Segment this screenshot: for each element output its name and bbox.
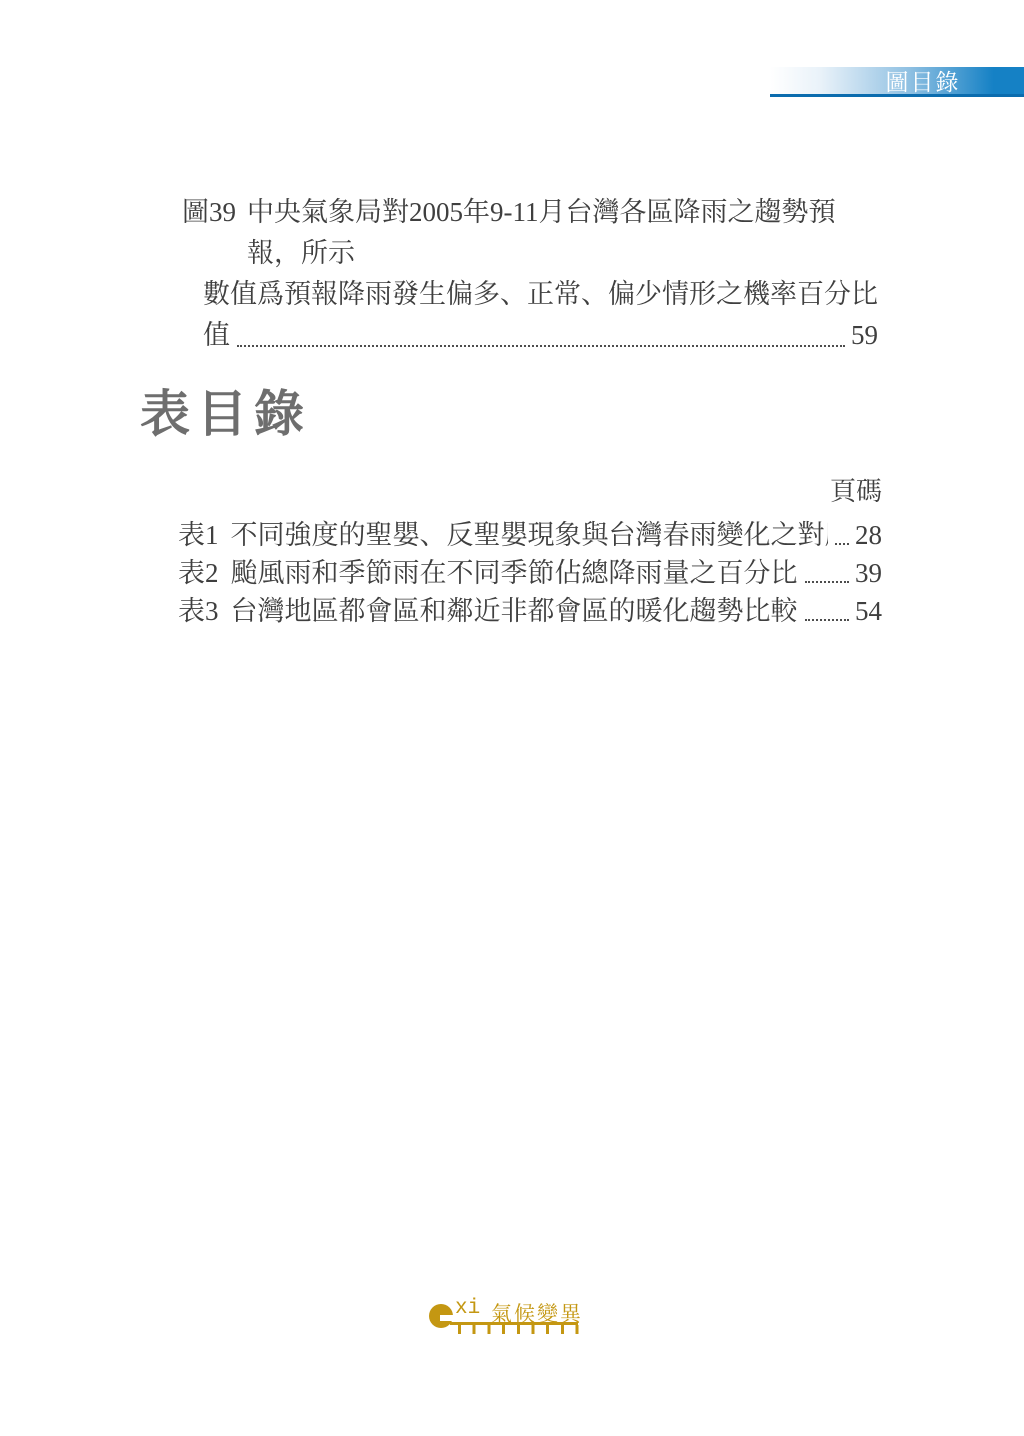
table-entry-page-number: 54 [855, 592, 882, 630]
table-entry-text: 不同強度的聖嬰、反聖嬰現象與台灣春雨變化之對應關係 [231, 516, 829, 554]
page-footer: xi 氣候變異 [429, 1300, 589, 1340]
figure-entry-text-line2: 數值爲預報降雨發生偏多、正常、偏少情形之機率百分比 [203, 274, 878, 315]
table-entry-text: 台灣地區都會區和鄰近非都會區的暖化趨勢比較 [231, 592, 798, 630]
chapter-banner: 圖目錄 [770, 67, 1024, 97]
table-entry-text: 颱風雨和季節雨在不同季節佔總降雨量之百分比 [231, 554, 798, 592]
document-page: 圖目錄 圖39 中央氣象局對2005年9-11月台灣各區降雨之趨勢預報，所示 數… [0, 0, 1024, 1436]
table-toc-list: 頁碼 表1 不同強度的聖嬰、反聖嬰現象與台灣春雨變化之對應關係 28 表2 颱風… [178, 478, 882, 630]
table-entry-page-number: 39 [855, 554, 882, 592]
figure-toc-entry: 圖39 中央氣象局對2005年9-11月台灣各區降雨之趨勢預報，所示 數值爲預報… [182, 192, 878, 356]
table-toc-row: 表3 台灣地區都會區和鄰近非都會區的暖化趨勢比較 54 [178, 592, 882, 630]
chapter-banner-label: 圖目錄 [886, 64, 961, 97]
dotted-leader [237, 345, 845, 347]
table-entry-label: 表3 [178, 592, 219, 630]
figure-entry-text-line3: 值 [203, 315, 230, 356]
section-title: 表目錄 [140, 383, 311, 446]
logo-notch [440, 1315, 456, 1321]
dotted-leader [805, 581, 850, 583]
table-entry-label: 表1 [178, 516, 219, 554]
table-entry-page-number: 28 [855, 516, 882, 554]
ruler-ticks-icon [458, 1325, 579, 1334]
table-toc-row: 表2 颱風雨和季節雨在不同季節佔總降雨量之百分比 39 [178, 554, 882, 592]
figure-entry-text-line1: 中央氣象局對2005年9-11月台灣各區降雨之趨勢預報，所示 [247, 192, 878, 274]
page-column-header: 頁碼 [178, 478, 882, 506]
dotted-leader [835, 543, 849, 545]
figure-entry-label: 圖39 [182, 192, 236, 274]
table-toc-row: 表1 不同強度的聖嬰、反聖嬰現象與台灣春雨變化之對應關係 28 [178, 516, 882, 554]
figure-entry-line1: 圖39 中央氣象局對2005年9-11月台灣各區降雨之趨勢預報，所示 [182, 192, 878, 274]
dotted-leader [805, 619, 850, 621]
figure-entry-line3: 值 59 [203, 315, 878, 356]
footer-page-number: xi [455, 1297, 480, 1320]
figure-entry-page-number: 59 [851, 315, 878, 356]
table-entry-label: 表2 [178, 554, 219, 592]
